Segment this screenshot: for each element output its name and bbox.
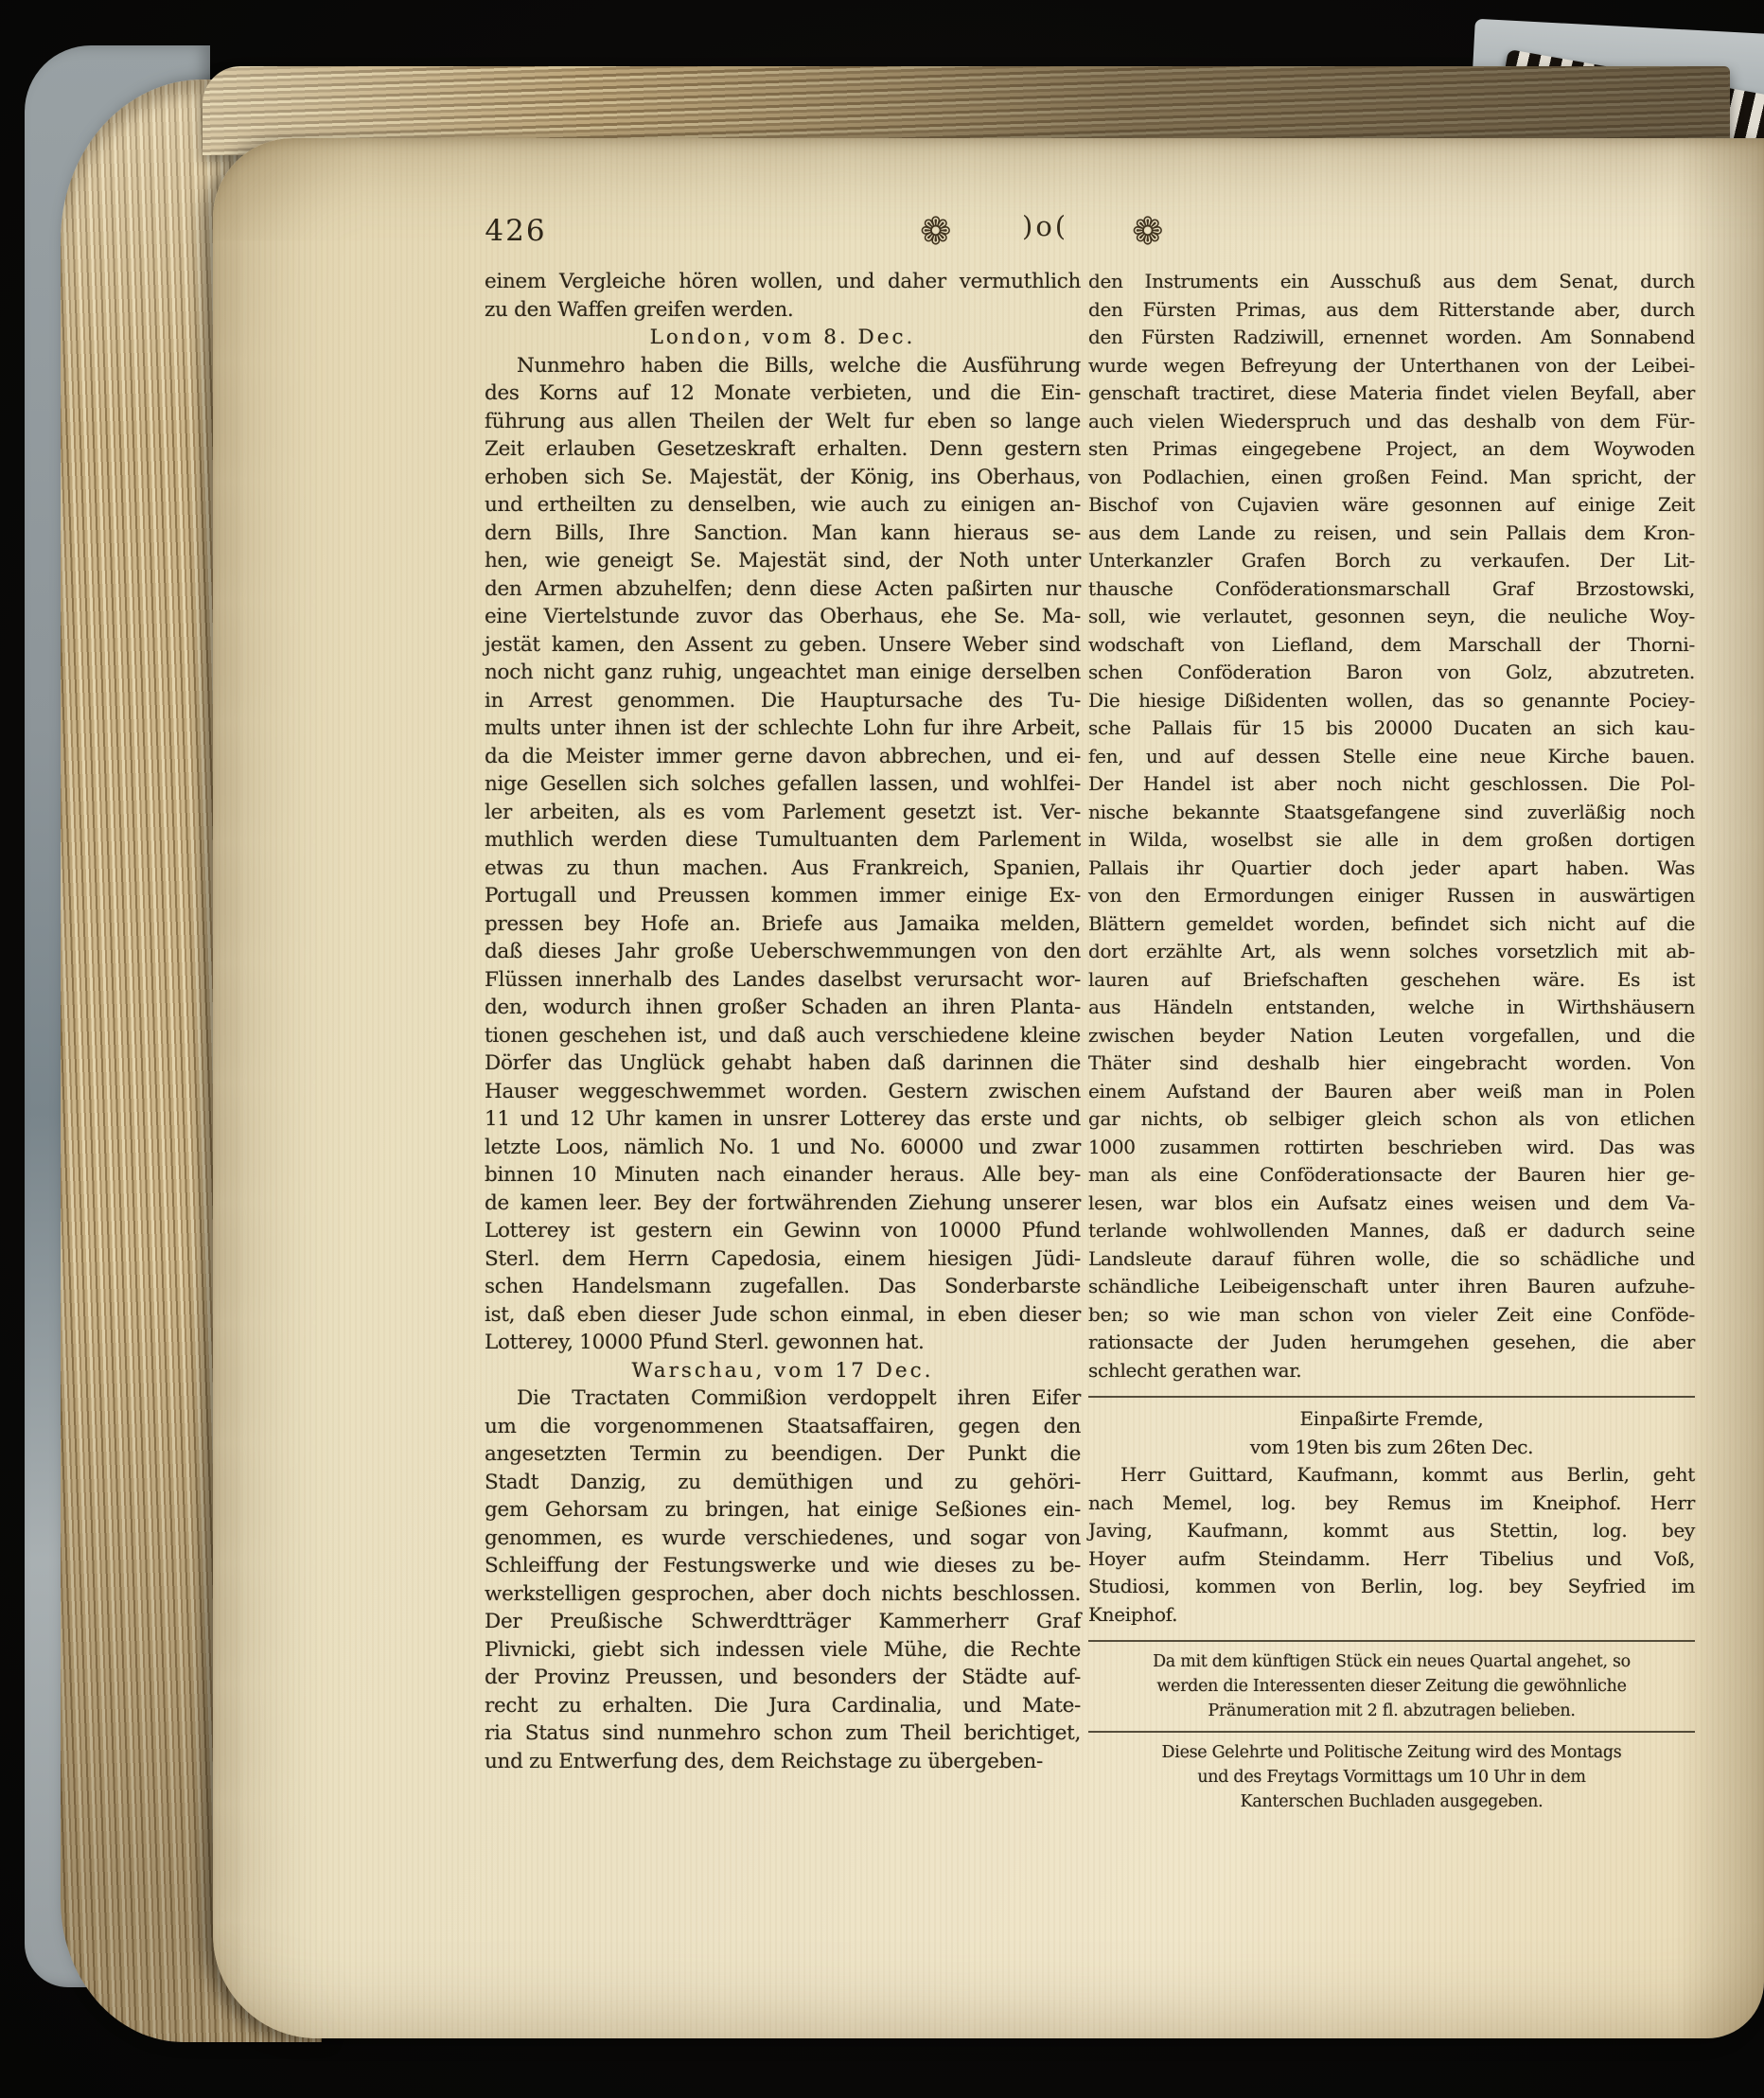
text-line: einem Vergleiche hören wollen, und daher… <box>485 268 1081 296</box>
text-line: den, wodurch ihnen großer Schaden an ihr… <box>485 994 1081 1022</box>
separator-rule <box>1088 1640 1695 1642</box>
text-line: wurde wegen Befreyung der Unterthanen vo… <box>1088 352 1695 380</box>
text-line: von den Ermordungen einiger Russen in au… <box>1088 882 1695 910</box>
signature-mark: )o( <box>1022 210 1068 242</box>
text-line: ben; so wie man schon von vieler Zeit ei… <box>1088 1301 1695 1330</box>
text-line: und des Freytags Vormittags um 10 Uhr in… <box>1088 1765 1695 1789</box>
text-line: den Armen abzuhelfen; denn diese Acten p… <box>485 575 1081 604</box>
text-line: lesen, war blos ein Aufsatz eines weisen… <box>1088 1190 1695 1218</box>
text-line: etwas zu thun machen. Aus Frankreich, Sp… <box>485 855 1081 883</box>
text-line: Pallais ihr Quartier doch jeder apart ha… <box>1088 855 1695 883</box>
shell-ornament-icon: ❁ <box>920 210 952 254</box>
text-line: dort erzählte Art, als wenn solches vors… <box>1088 938 1695 966</box>
text-line: zwischen beyder Nation Leuten vorgefalle… <box>1088 1022 1695 1050</box>
text-line: angesetzten Termin zu beendigen. Der Pun… <box>485 1440 1081 1469</box>
text-line: Plivnicki, giebt sich indessen viele Müh… <box>485 1636 1081 1665</box>
text-line: Schleiffung der Festungswerke und wie di… <box>485 1552 1081 1580</box>
text-line: Diese Gelehrte und Politische Zeitung wi… <box>1088 1740 1695 1765</box>
shell-ornament-icon: ❁ <box>1132 210 1164 254</box>
text-line: jestät kamen, den Assent zu geben. Unser… <box>485 631 1081 660</box>
text-line: Lotterey, 10000 Pfund Sterl. gewonnen ha… <box>485 1329 1081 1357</box>
text-line: in Arrest genommen. Die Hauptursache des… <box>485 687 1081 715</box>
text-line: Herr Guittard, Kaufmann, kommt aus Berli… <box>1088 1461 1695 1490</box>
text-line: Unterkanzler Grafen Borch zu verkaufen. … <box>1088 547 1695 575</box>
text-line: den Instruments ein Ausschuß aus dem Sen… <box>1088 268 1695 296</box>
dateline-heading: London, vom 8. Dec. <box>485 324 1081 352</box>
text-line: muthlich werden diese Tumultuanten dem P… <box>485 826 1081 855</box>
text-line: Da mit dem künftigen Stück ein neues Qua… <box>1088 1649 1695 1674</box>
text-line: schen Conföderation Baron von Golz, abzu… <box>1088 659 1695 687</box>
text-line: schlecht gerathen war. <box>1088 1357 1695 1385</box>
text-line: nach Memel, log. bey Remus im Kneiphof. … <box>1088 1490 1695 1518</box>
text-line: erhoben sich Se. Majestät, der König, in… <box>485 464 1081 492</box>
text-line: Dörfer das Unglück gehabt haben daß dari… <box>485 1049 1081 1078</box>
text-line: nische bekannte Staatsgefangene sind zuv… <box>1088 799 1695 827</box>
text-line: Zeit erlauben Gesetzeskraft erhalten. De… <box>485 435 1081 464</box>
text-line: rationsacte der Juden herumgehen gesehen… <box>1088 1329 1695 1357</box>
text-line: Bischof von Cujavien wäre gesonnen auf e… <box>1088 491 1695 520</box>
text-line: Javing, Kaufmann, kommt aus Stettin, log… <box>1088 1517 1695 1545</box>
text-line: binnen 10 Minuten nach einander heraus. … <box>485 1161 1081 1190</box>
text-line: letzte Loos, nämlich No. 1 und No. 60000… <box>485 1134 1081 1162</box>
text-line: Stadt Danzig, zu demüthigen und zu gehör… <box>485 1469 1081 1497</box>
text-line: daß dieses Jahr große Ueberschwemmungen … <box>485 938 1081 966</box>
text-line: Lotterey ist gestern ein Gewinn von 1000… <box>485 1217 1081 1245</box>
text-line: 11 und 12 Uhr kamen in unsrer Lotterey d… <box>485 1105 1081 1134</box>
text-line: schen Handelsmann zugefallen. Das Sonder… <box>485 1273 1081 1301</box>
text-line: auch vielen Wiederspruch und das deshalb… <box>1088 408 1695 436</box>
text-line: aus dem Lande zu reisen, und sein Pallai… <box>1088 520 1695 548</box>
text-line: Der Handel ist aber noch nicht geschloss… <box>1088 770 1695 799</box>
text-line: wodschaft von Liefland, dem Marschall de… <box>1088 631 1695 660</box>
text-line: Hauser weggeschwemmet worden. Gestern zw… <box>485 1078 1081 1106</box>
text-line: genschaft tractiret, diese Materia finde… <box>1088 379 1695 408</box>
text-column-left: einem Vergleiche hören wollen, und daher… <box>485 268 1081 1775</box>
paragraph: Die Tractaten Commißion verdoppelt ihren… <box>485 1384 1081 1775</box>
text-line: ler arbeiten, als es vom Parlement geset… <box>485 799 1081 827</box>
text-line: vom 19ten bis zum 26ten Dec. <box>1088 1434 1695 1462</box>
text-line: Hoyer aufm Steindamm. Herr Tibelius und … <box>1088 1545 1695 1574</box>
text-line: recht zu erhalten. Die Jura Cardinalia, … <box>485 1692 1081 1720</box>
text-line: Der Preußische Schwerdtträger Kammerherr… <box>485 1608 1081 1636</box>
text-line: gar nichts, ob selbiger gleich schon als… <box>1088 1105 1695 1134</box>
text-line: mults unter ihnen ist der schlechte Lohn… <box>485 714 1081 743</box>
text-line: Einpaßirte Fremde, <box>1088 1405 1695 1434</box>
text-line: Portugall und Preussen kommen immer eini… <box>485 882 1081 910</box>
text-line: einem Aufstand der Bauren aber weiß man … <box>1088 1078 1695 1106</box>
separator-rule <box>1088 1731 1695 1733</box>
page-number: 426 <box>473 214 558 248</box>
text-line: eine Viertelstunde zuvor das Oberhaus, e… <box>485 603 1081 631</box>
text-line: von Podlachien, einen großen Feind. Man … <box>1088 464 1695 492</box>
text-line: gem Gehorsam zu bringen, hat einige Seßi… <box>485 1496 1081 1525</box>
text-line: Blättern gemeldet worden, befindet sich … <box>1088 910 1695 939</box>
text-line: aus Händeln entstanden, welche in Wirths… <box>1088 994 1695 1022</box>
text-line: schändliche Leibeigenschaft unter ihren … <box>1088 1273 1695 1301</box>
text-line: Landsleute darauf führen wolle, die so s… <box>1088 1245 1695 1274</box>
paragraph: Herr Guittard, Kaufmann, kommt aus Berli… <box>1088 1461 1695 1629</box>
text-line: terlande wohlwollenden Mannes, daß er da… <box>1088 1217 1695 1245</box>
separator-rule <box>1088 1396 1695 1398</box>
text-line: noch nicht ganz ruhig, ungeachtet man ei… <box>485 659 1081 687</box>
text-line: 1000 zusammen rottirten beschrieben wird… <box>1088 1134 1695 1162</box>
text-line: des Korns auf 12 Monate verbieten, und d… <box>485 379 1081 408</box>
text-line: nige Gesellen sich solches gefallen lass… <box>485 770 1081 799</box>
text-line: man als eine Conföderationsacte der Baur… <box>1088 1161 1695 1190</box>
text-line: führung aus allen Theilen der Welt fur e… <box>485 408 1081 436</box>
text-line: dern Bills, Ihre Sanction. Man kann hier… <box>485 520 1081 548</box>
text-line: Kanterschen Buchladen ausgegeben. <box>1088 1789 1695 1814</box>
text-line: Pränumeration mit 2 fl. abzutragen belie… <box>1088 1699 1695 1723</box>
text-line: pressen bey Hofe an. Briefe aus Jamaika … <box>485 910 1081 939</box>
text-line: sche Pallais für 15 bis 20000 Ducaten an… <box>1088 714 1695 743</box>
text-line: da die Meister immer gerne davon abbrech… <box>485 743 1081 771</box>
paragraph: Nunmehro haben die Bills, welche die Aus… <box>485 352 1081 1357</box>
text-line: lauren auf Briefschaften geschehen wäre.… <box>1088 966 1695 995</box>
text-line: zu den Waffen greifen werden. <box>485 296 1081 325</box>
text-line: werkstelligen gesprochen, aber doch nich… <box>485 1580 1081 1609</box>
text-line: Studiosi, kommen von Berlin, log. bey Se… <box>1088 1573 1695 1601</box>
section-heading: Einpaßirte Fremde,vom 19ten bis zum 26te… <box>1088 1405 1695 1461</box>
text-line: ria Status sind nunmehro schon zum Theil… <box>485 1719 1081 1748</box>
text-line: Flüssen innerhalb des Landes daselbst ve… <box>485 966 1081 995</box>
text-line: der Provinz Preussen, und besonders der … <box>485 1664 1081 1692</box>
text-line: in Wilda, woselbst sie alle in dem große… <box>1088 826 1695 855</box>
text-line: fen, und auf dessen Stelle eine neue Kir… <box>1088 743 1695 771</box>
text-line: um die vorgenommenen Staatsaffairen, geg… <box>485 1413 1081 1441</box>
text-line: de kamen leer. Bey der fortwährenden Zie… <box>485 1190 1081 1218</box>
text-line: und zu Entwerfung des, dem Reichstage zu… <box>485 1748 1081 1776</box>
text-line: den Fürsten Primas, aus dem Ritterstande… <box>1088 296 1695 325</box>
text-line: Thäter sind deshalb hier eingebracht wor… <box>1088 1049 1695 1078</box>
text-line: Die Tractaten Commißion verdoppelt ihren… <box>485 1384 1081 1413</box>
text-line: den Fürsten Radziwill, ernennet worden. … <box>1088 324 1695 352</box>
paragraph: den Instruments ein Ausschuß aus dem Sen… <box>1088 268 1695 1384</box>
text-line: ist, daß eben dieser Jude schon einmal, … <box>485 1301 1081 1330</box>
dateline-heading: Warschau, vom 17 Dec. <box>485 1357 1081 1385</box>
text-line: Die hiesige Dißidenten wollen, das so ge… <box>1088 687 1695 715</box>
text-line: Kneiphof. <box>1088 1601 1695 1630</box>
paragraph: einem Vergleiche hören wollen, und daher… <box>485 268 1081 324</box>
text-line: genommen, es wurde verschiedenes, und so… <box>485 1525 1081 1553</box>
text-column-right: den Instruments ein Ausschuß aus dem Sen… <box>1088 268 1695 1814</box>
book-photo: 426 ❁ )o( ❁ einem Vergleiche hören wolle… <box>0 0 1764 2098</box>
text-line: Sterl. dem Herrn Capedosia, einem hiesig… <box>485 1245 1081 1274</box>
text-line: Nunmehro haben die Bills, welche die Aus… <box>485 352 1081 380</box>
text-line: hen, wie geneigt Se. Majestät sind, der … <box>485 547 1081 575</box>
notice: Da mit dem künftigen Stück ein neues Qua… <box>1088 1649 1695 1723</box>
text-line: werden die Interessenten dieser Zeitung … <box>1088 1674 1695 1699</box>
text-line: soll, wie verlautet, gesonnen seyn, die … <box>1088 603 1695 631</box>
notice: Diese Gelehrte und Politische Zeitung wi… <box>1088 1740 1695 1814</box>
text-line: tionen geschehen ist, und daß auch versc… <box>485 1022 1081 1050</box>
text-line: thausche Conföderationsmarschall Graf Br… <box>1088 575 1695 604</box>
text-line: und ertheilten zu denselben, wie auch zu… <box>485 491 1081 520</box>
text-line: sten Primas eingegebene Project, an dem … <box>1088 435 1695 464</box>
